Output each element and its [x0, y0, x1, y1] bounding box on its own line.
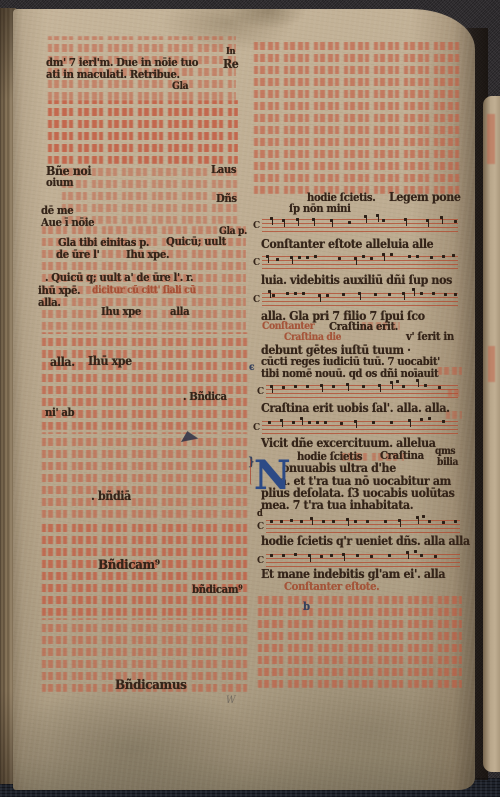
facing-page-red-text-trace	[488, 346, 495, 382]
parchment-page	[13, 9, 475, 790]
manuscript-photo: CCCCCCC dm' 7 ierl'm. Due in nōie tuoati…	[0, 0, 500, 797]
facing-page-edge	[483, 96, 500, 772]
facing-page-red-text-trace	[487, 114, 495, 164]
parchment-grain	[13, 9, 475, 790]
